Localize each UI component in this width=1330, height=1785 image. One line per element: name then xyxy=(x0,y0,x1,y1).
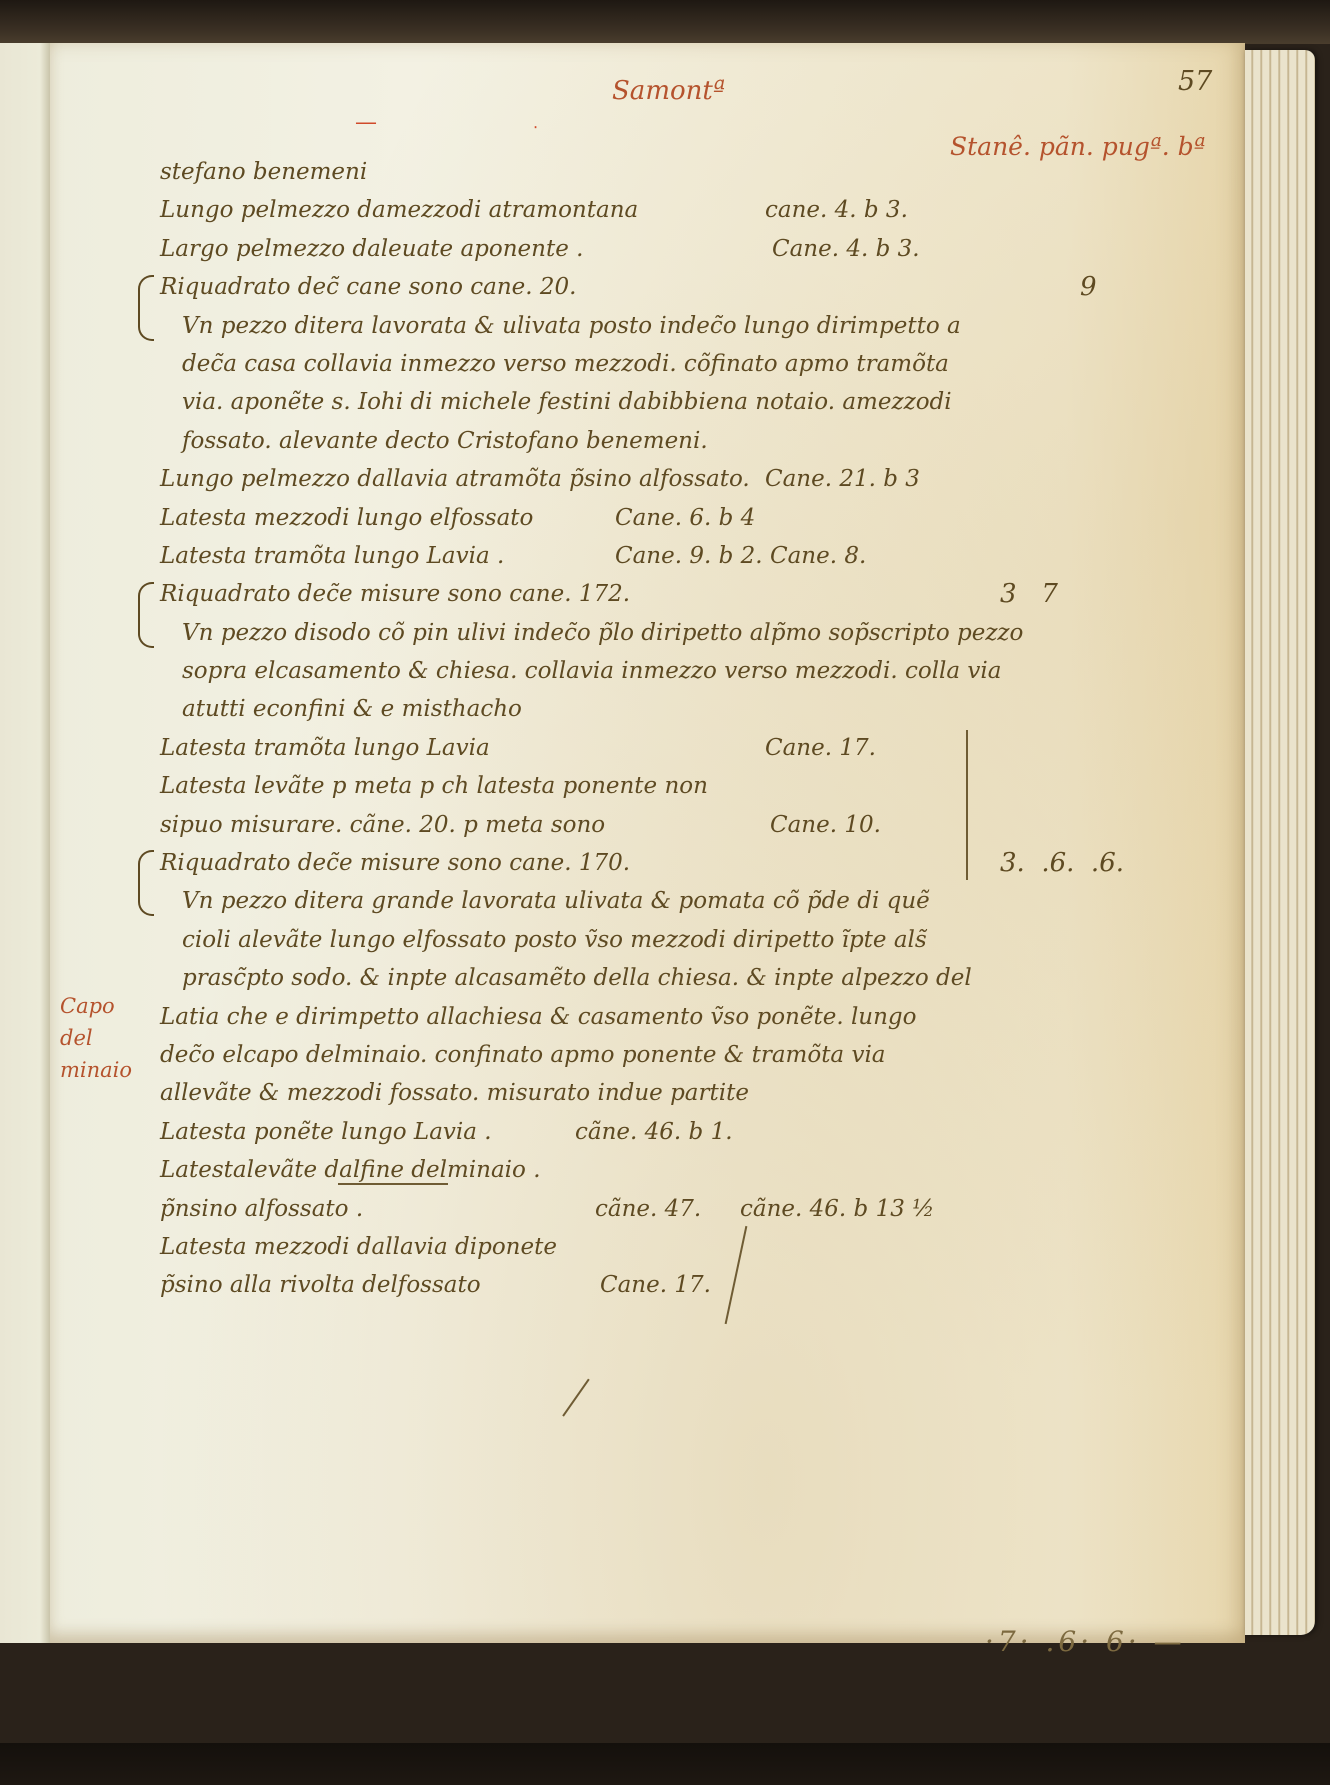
text-line: Vn pezzo ditera grande lavorata ulivata … xyxy=(160,882,990,920)
text-line: Latesta mezzodi lungo elfossatoCane. 6. … xyxy=(160,499,990,537)
measurement-secondary: cãne. 46. b 13 ½ xyxy=(740,1190,934,1228)
text-line: via. aponẽte s. Iohi di michele festini… xyxy=(160,383,990,421)
line-text: Latesta tramõta lungo Lavia . xyxy=(160,537,504,575)
page-fore-edge xyxy=(1245,50,1315,1635)
text-line: prasc̃pto sodo. & inpte alcasamẽto dell… xyxy=(160,959,990,997)
measurement: Cane. 17. xyxy=(600,1266,711,1304)
line-text: Riquadrato dec̃e misure sono cane. 172. xyxy=(160,575,630,613)
measurement: Cane. 9. b 2. xyxy=(615,537,763,575)
margin-note-capo-del-minaio: Capo del minaio xyxy=(60,990,150,1086)
text-line: Latesta tramõta lungo LaviaCane. 17. xyxy=(160,729,990,767)
text-line: Riquadrato dec̃e misure sono cane. 172.3… xyxy=(160,575,990,613)
folio-number: 57 xyxy=(1178,66,1212,97)
text-line: sopra elcasamento & chiesa. collavia inm… xyxy=(160,652,990,690)
line-text: Vn pezzo disodo cõ pin ulivi indec̃o p̃… xyxy=(182,614,1023,652)
line-text: Largo pelmezzo daleuate aponente . xyxy=(160,230,583,268)
margin-note-line: minaio xyxy=(60,1054,150,1086)
text-line: Lungo pelmezzo damezzodi atramontanacane… xyxy=(160,191,990,229)
text-line: Latestalevãte dalfine delminaio . xyxy=(160,1151,990,1189)
line-text: Vn pezzo ditera lavorata & ulivata posto… xyxy=(182,307,961,345)
paragraph-bracket xyxy=(138,275,154,341)
line-text: p̃sino alla rivolta delfossato xyxy=(160,1266,481,1304)
rubric-mark: — xyxy=(355,110,377,135)
line-text: sopra elcasamento & chiesa. collavia inm… xyxy=(182,652,1002,690)
line-text: atutti econfini & e misthacho xyxy=(182,690,522,728)
bottom-tally: ·7· .6· 6· — xyxy=(985,1625,1186,1658)
text-line: fossato. alevante decto Cristofano benem… xyxy=(160,422,990,460)
line-text: Latesta levãte p meta p ch latesta pone… xyxy=(160,767,708,805)
text-line: Latia che e dirimpetto allachiesa & casa… xyxy=(160,998,990,1036)
line-text: allevãte & mezzodi fossato. misurato in… xyxy=(160,1074,749,1112)
ruling-line xyxy=(966,730,968,880)
line-text: Lungo pelmezzo dallavia atramõta p̃sino… xyxy=(160,460,750,498)
text-line: p̃nsino alfossato .cãne. 47.cãne. 46. … xyxy=(160,1190,990,1228)
text-line: Latesta ponẽte lungo Lavia .cãne. 46. … xyxy=(160,1113,990,1151)
line-text: Latesta ponẽte lungo Lavia . xyxy=(160,1113,492,1151)
text-line: cioli alevãte lungo elfossato posto ṽs… xyxy=(160,921,990,959)
text-line: dec̃a casa collavia inmezzo verso mezzod… xyxy=(160,345,990,383)
margin-note-line: Capo del xyxy=(60,990,150,1054)
measurement: Cane. 17. xyxy=(765,729,876,767)
line-text: fossato. alevante decto Cristofano benem… xyxy=(182,422,708,460)
measurement: cãne. 47. xyxy=(595,1190,701,1228)
measurement: cãne. 46. b 1. xyxy=(575,1113,733,1151)
line-text: stefano benemeni xyxy=(160,153,367,191)
text-line: Largo pelmezzo daleuate aponente .Cane. … xyxy=(160,230,990,268)
margin-total: 9 xyxy=(1080,268,1097,306)
text-line: Latesta mezzodi dallavia diponete xyxy=(160,1228,990,1266)
margin-total: 3 7 xyxy=(1000,575,1058,613)
line-text: p̃nsino alfossato . xyxy=(160,1190,363,1228)
measurement-secondary: Cane. 8. xyxy=(770,537,866,575)
text-line: atutti econfini & e misthacho xyxy=(160,690,990,728)
line-text: Vn pezzo ditera grande lavorata ulivata … xyxy=(182,882,930,920)
text-line: Latesta tramõta lungo Lavia .Cane. 9. b… xyxy=(160,537,990,575)
page-heading: Samontª xyxy=(612,76,725,106)
line-text: Riquadrato dec̃ cane sono cane. 20. xyxy=(160,268,576,306)
manuscript-text-block: stefano benemeni Lungo pelmezzo damezzod… xyxy=(160,153,990,1305)
text-line: Lungo pelmezzo dallavia atramõta p̃sino… xyxy=(160,460,990,498)
measurement: cane. 4. b 3. xyxy=(765,191,908,229)
line-text: Latesta tramõta lungo Lavia xyxy=(160,729,490,767)
underline-rule xyxy=(338,1183,448,1185)
text-line: Riquadrato dec̃ cane sono cane. 20.9 xyxy=(160,268,990,306)
text-line: p̃sino alla rivolta delfossatoCane. 17. xyxy=(160,1266,990,1304)
line-text: Riquadrato dec̃e misure sono cane. 170. xyxy=(160,844,630,882)
line-text: Latesta mezzodi dallavia diponete xyxy=(160,1228,557,1266)
text-line: Vn pezzo ditera lavorata & ulivata posto… xyxy=(160,307,990,345)
line-text: Latia che e dirimpetto allachiesa & casa… xyxy=(160,998,917,1036)
paragraph-bracket xyxy=(138,850,154,916)
text-line: Latesta levãte p meta p ch latesta pone… xyxy=(160,767,990,805)
line-text: prasc̃pto sodo. & inpte alcasamẽto dell… xyxy=(182,959,972,997)
rubric-mark: ‧ xyxy=(533,118,538,137)
line-text: via. aponẽte s. Iohi di michele festini… xyxy=(182,383,952,421)
previous-page-edge xyxy=(0,43,52,1643)
text-line: Riquadrato dec̃e misure sono cane. 170.3… xyxy=(160,844,990,882)
text-line: sipuo misurare. cãne. 20. p meta sonoCa… xyxy=(160,806,990,844)
line-text: sipuo misurare. cãne. 20. p meta sono xyxy=(160,806,605,844)
margin-total: 3. .6. .6. xyxy=(1000,844,1124,882)
line-text: Latesta mezzodi lungo elfossato xyxy=(160,499,533,537)
binding-background-bottom xyxy=(0,1743,1330,1785)
measurement: Cane. 10. xyxy=(770,806,881,844)
paragraph-bracket xyxy=(138,582,154,648)
measurement: Cane. 6. b 4 xyxy=(615,499,755,537)
line-text: Lungo pelmezzo damezzodi atramontana xyxy=(160,191,638,229)
text-line: allevãte & mezzodi fossato. misurato in… xyxy=(160,1074,990,1112)
line-text: dec̃o elcapo delminaio. confinato apmo p… xyxy=(160,1036,886,1074)
line-text: dec̃a casa collavia inmezzo verso mezzod… xyxy=(182,345,949,383)
text-line: stefano benemeni xyxy=(160,153,990,191)
text-line: dec̃o elcapo delminaio. confinato apmo p… xyxy=(160,1036,990,1074)
line-text: cioli alevãte lungo elfossato posto ṽs… xyxy=(182,921,927,959)
binding-background-top xyxy=(0,0,1330,44)
measurement: Cane. 4. b 3. xyxy=(772,230,920,268)
measurement: Cane. 21. b 3 xyxy=(765,460,920,498)
text-line: Vn pezzo disodo cõ pin ulivi indec̃o p̃… xyxy=(160,614,990,652)
